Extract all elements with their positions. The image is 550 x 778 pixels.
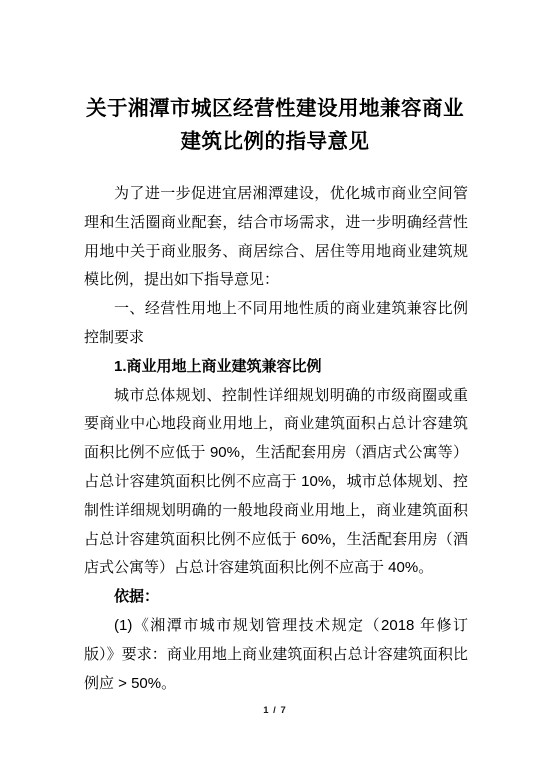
page-number-indicator: 1 / 7	[0, 705, 550, 716]
document-page: 关于湘潭市城区经营性建设用地兼容商业 建筑比例的指导意见 为了进一步促进宜居湘潭…	[0, 0, 550, 778]
basis-heading: 依据：	[84, 583, 468, 612]
document-title: 关于湘潭市城区经营性建设用地兼容商业 建筑比例的指导意见	[60, 92, 490, 158]
section-heading-one: 一、经营性用地上不同用地性质的商业建筑兼容比例控制要求	[84, 295, 468, 353]
subsection-heading-commercial-ratio: 1.商业用地上商业建筑兼容比例	[84, 353, 468, 382]
document-body: 为了进一步促进宜居湘潭建设，优化城市商业空间管理和生活圈商业配套，结合市场需求，…	[84, 180, 468, 698]
paragraph-ratio-requirements: 城市总体规划、控制性详细规划明确的市级商圈或重要商业中心地段商业用地上，商业建筑…	[84, 382, 468, 584]
document-title-line2: 建筑比例的指导意见	[181, 130, 370, 153]
paragraph-basis-item-1: (1)《湘潭市城市规划管理技术规定（2018 年修订版）》要求：商业用地上商业建…	[84, 612, 468, 698]
document-title-line1: 关于湘潭市城区经营性建设用地兼容商业	[86, 97, 464, 120]
paragraph-intro: 为了进一步促进宜居湘潭建设，优化城市商业空间管理和生活圈商业配套，结合市场需求，…	[84, 180, 468, 295]
